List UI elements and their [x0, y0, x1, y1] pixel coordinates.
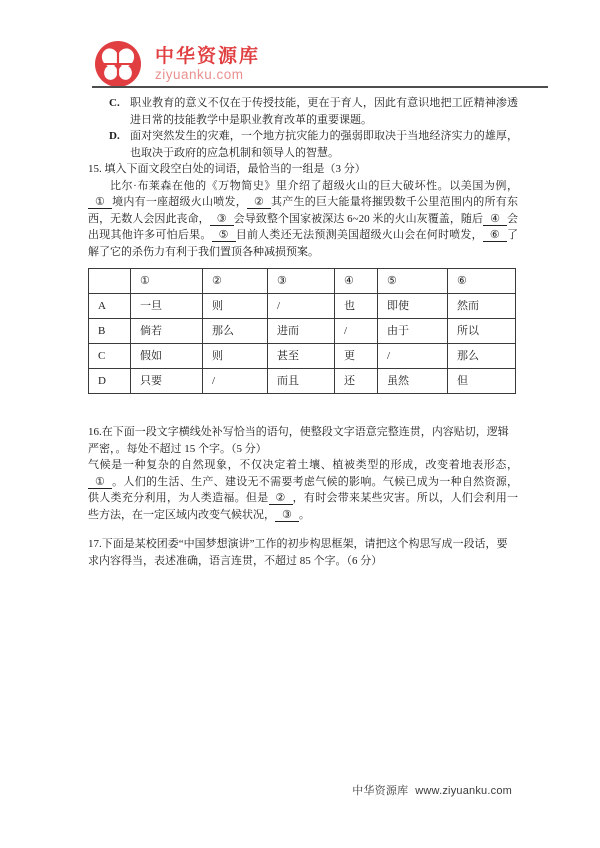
- table-header-cell: ④: [335, 269, 378, 294]
- table-cell: 只要: [131, 369, 203, 394]
- table-cell: 由于: [378, 319, 448, 344]
- table-cell: 也: [335, 294, 378, 319]
- table-header-row: ①②③④⑤⑥: [89, 269, 516, 294]
- table-header-cell: ①: [131, 269, 203, 294]
- option-c-label: C.: [109, 95, 130, 128]
- question-15-heading: 15. 填入下面文段空白处的词语，最恰当的一组是（3 分）: [88, 161, 518, 178]
- table-cell: 即使: [378, 294, 448, 319]
- table-cell: 那么: [203, 319, 268, 344]
- answer-blank: ⑥: [483, 229, 507, 242]
- option-c-text: 职业教育的意义不仅在于传授技能，更在于育人，因此有意识地把工匠精神渗透进日常的技…: [130, 95, 518, 128]
- logo: 中华资源库 ziyuanku.com: [94, 40, 260, 88]
- logo-title: 中华资源库: [155, 46, 260, 67]
- answer-blank: ④: [483, 213, 507, 226]
- table-cell: 而且: [268, 369, 335, 394]
- table-cell: /: [335, 319, 378, 344]
- logo-text: 中华资源库 ziyuanku.com: [155, 46, 260, 83]
- row-label-cell: A: [89, 294, 131, 319]
- answer-blank: ①: [88, 476, 112, 489]
- footer: 中华资源库www.ziyuanku.com: [352, 782, 512, 798]
- answer-blank: ②: [247, 196, 271, 209]
- option-d: D. 面对突然发生的灾难，一个地方抗灾能力的强弱即取决于当地经济实力的雄厚，也取…: [109, 128, 518, 161]
- table-cell: /: [268, 294, 335, 319]
- table-cell: 还: [335, 369, 378, 394]
- option-c: C. 职业教育的意义不仅在于传授技能，更在于育人，因此有意识地把工匠精神渗透进日…: [109, 95, 518, 128]
- row-label-cell: B: [89, 319, 131, 344]
- footer-site-name: 中华资源库: [352, 785, 408, 797]
- answer-options-table: ①②③④⑤⑥A一旦则/也即使然而B倘若那么进而/由于所以C假如则甚至更/那么D只…: [88, 268, 516, 394]
- table-row: C假如则甚至更/那么: [89, 344, 516, 369]
- table-cell: /: [203, 369, 268, 394]
- answer-blank: ①: [88, 196, 112, 209]
- table-cell: 然而: [448, 294, 516, 319]
- answer-blank: ②: [269, 492, 293, 505]
- table-cell: 虽然: [378, 369, 448, 394]
- table-cell: 进而: [268, 319, 335, 344]
- answer-blank: ⑤: [212, 229, 236, 242]
- table-cell: 那么: [448, 344, 516, 369]
- option-d-text: 面对突然发生的灾难，一个地方抗灾能力的强弱即取决于当地经济实力的雄厚，也取决于政…: [130, 128, 518, 161]
- table-header-cell: ⑤: [378, 269, 448, 294]
- answer-blank: ③: [275, 509, 299, 522]
- header-divider: [92, 86, 548, 88]
- table-cell: 甚至: [268, 344, 335, 369]
- table-header-cell: ③: [268, 269, 335, 294]
- table-header-cell: ②: [203, 269, 268, 294]
- row-label-cell: D: [89, 369, 131, 394]
- exam-document-page: 中华资源库 ziyuanku.com C. 职业教育的意义不仅在于传授技能，更在…: [0, 0, 600, 848]
- table-cell: 但: [448, 369, 516, 394]
- butterfly-seal-icon: [94, 40, 142, 88]
- table-cell: /: [378, 344, 448, 369]
- table-cell: 一旦: [131, 294, 203, 319]
- footer-url: www.ziyuanku.com: [415, 785, 512, 797]
- table-header-cell: [89, 269, 131, 294]
- table-cell: 更: [335, 344, 378, 369]
- table-cell: 则: [203, 294, 268, 319]
- option-d-label: D.: [109, 128, 130, 161]
- table-cell: 所以: [448, 319, 516, 344]
- question-17-heading: 17.下面是某校团委“中国梦想演讲”工作的初步构思框架，请把这个构思写成一段话，…: [88, 536, 518, 569]
- table-row: A一旦则/也即使然而: [89, 294, 516, 319]
- row-label-cell: C: [89, 344, 131, 369]
- question-15-passage: 比尔·布莱森在他的《万物简史》里介绍了超级火山的巨大破坏性。以美国为例，①境内有…: [88, 178, 518, 261]
- table-header-cell: ⑥: [448, 269, 516, 294]
- table-row: B倘若那么进而/由于所以: [89, 319, 516, 344]
- table-cell: 则: [203, 344, 268, 369]
- table-cell: 假如: [131, 344, 203, 369]
- question-16-heading: 16.在下面一段文字横线处补写恰当的语句，使整段文字语意完整连贯，内容贴切，逻辑…: [88, 424, 518, 457]
- logo-domain: ziyuanku.com: [155, 67, 260, 83]
- table-cell: 倘若: [131, 319, 203, 344]
- table-row: D只要/而且还虽然但: [89, 369, 516, 394]
- exam-content: C. 职业教育的意义不仅在于传授技能，更在于育人，因此有意识地把工匠精神渗透进日…: [88, 95, 518, 569]
- question-16-passage: 气候是一种复杂的自然现象，不仅决定着土壤、植被类型的形成，改变着地表形态，①。人…: [88, 457, 518, 523]
- answer-blank: ③: [210, 213, 234, 226]
